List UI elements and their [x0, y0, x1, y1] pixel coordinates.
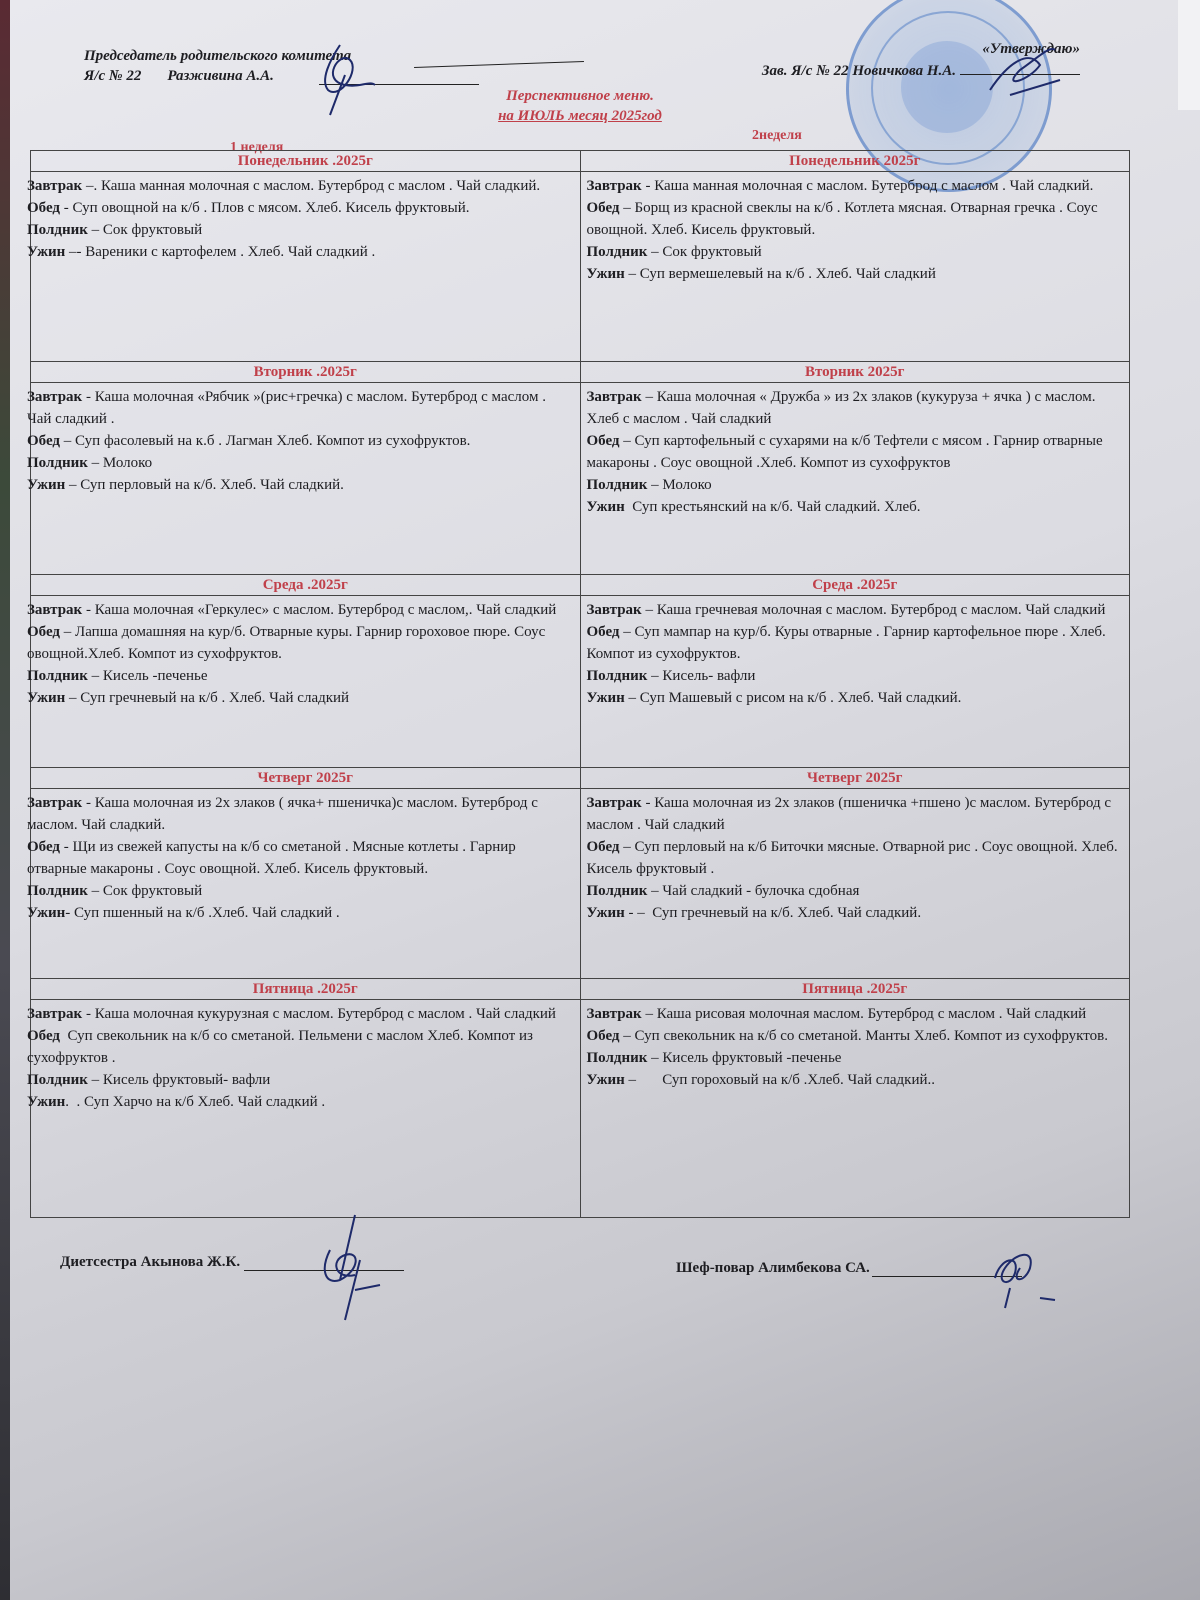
meal-name: Обед: [27, 624, 60, 640]
meal-separator: -: [65, 905, 74, 921]
meal-name: Обед: [27, 839, 60, 855]
meal-entry: Обед – Суп мампар на кур/б. Куры отварны…: [587, 621, 1124, 665]
meal-entry: Ужин – Суп гороховый на к/б .Хлеб. Чай с…: [587, 1069, 1124, 1091]
meal-entry: Полдник – Молоко: [587, 474, 1124, 496]
meal-separator: -: [82, 1006, 95, 1022]
meal-name: Обед: [587, 1028, 620, 1044]
day-cell-week2: Вторник 2025гЗавтрак – Каша молочная « Д…: [580, 362, 1130, 575]
meal-separator: -: [642, 795, 655, 811]
meal-entry: Завтрак - Каша молочная «Геркулес» с мас…: [27, 599, 574, 621]
meal-entry: Обед – Борщ из красной свеклы на к/б . К…: [587, 197, 1124, 241]
meal-entry: Ужин- Суп пшенный на к/б .Хлеб. Чай слад…: [27, 902, 574, 924]
meal-entry: Завтрак - Каша молочная из 2х злаков (пш…: [587, 792, 1124, 836]
meal-separator: -: [82, 602, 95, 618]
meal-dishes: Каша молочная «Геркулес» с маслом. Бутер…: [95, 602, 557, 618]
day-meals: Завтрак – Каша рисовая молочная маслом. …: [581, 1000, 1130, 1095]
meal-name: Обед: [587, 624, 620, 640]
meal-dishes: Кисель фруктовый- вафли: [103, 1072, 270, 1088]
meal-dishes: Каша молочная из 2х злаков (пшеничка +пш…: [587, 795, 1112, 833]
meal-separator: –: [620, 624, 635, 640]
meal-name: Завтрак: [587, 602, 642, 618]
meal-dishes: Суп Машевый с рисом на к/б . Хлеб. Чай с…: [640, 690, 962, 706]
day-cell-week1: Понедельник .2025гЗавтрак –. Каша манная…: [31, 151, 581, 362]
document-title: Перспективное меню. на ИЮЛЬ месяц 2025го…: [440, 86, 720, 126]
day-header: Пятница .2025г: [31, 979, 580, 1000]
meal-separator: –: [625, 266, 640, 282]
meal-separator: –: [65, 690, 80, 706]
meal-separator: –: [620, 200, 635, 216]
meal-dishes: Суп свекольник на к/б со сметаной. Манты…: [635, 1028, 1108, 1044]
meal-name: Полдник: [27, 883, 88, 899]
meal-name: Ужин: [27, 690, 65, 706]
meal-dishes: Суп овощной на к/б . Плов с мясом. Хлеб.…: [73, 200, 470, 216]
meal-dishes: Кисель фруктовый -печенье: [662, 1050, 841, 1066]
day-cell-week2: Понедельник 2025гЗавтрак - Каша манная м…: [580, 151, 1130, 362]
meal-entry: Ужин – Суп гречневый на к/б . Хлеб. Чай …: [27, 687, 574, 709]
meal-name: Обед: [587, 839, 620, 855]
day-cell-week1: Среда .2025гЗавтрак - Каша молочная «Гер…: [31, 575, 581, 768]
meal-name: Обед: [27, 1028, 60, 1044]
meal-separator: . .: [65, 1094, 84, 1110]
meal-dishes: Кисель- вафли: [662, 668, 755, 684]
meal-dishes: Сок фруктовый: [662, 244, 761, 260]
day-header: Пятница .2025г: [581, 979, 1130, 1000]
meal-dishes: Суп пшенный на к/б .Хлеб. Чай сладкий .: [74, 905, 340, 921]
meal-name: Обед: [587, 433, 620, 449]
meal-name: Обед: [27, 433, 60, 449]
meal-separator: –-: [65, 244, 85, 260]
day-meals: Завтрак - Каша молочная кукурузная с мас…: [27, 1000, 580, 1117]
signature-icon: [300, 1210, 400, 1330]
chef-signature-block: Шеф-повар Алимбекова СА.: [676, 1260, 1022, 1277]
meal-separator: –: [642, 1006, 657, 1022]
meal-separator: –: [647, 244, 662, 260]
meal-entry: Завтрак - Каша молочная из 2х злаков ( я…: [27, 792, 574, 836]
meal-name: Завтрак: [587, 795, 642, 811]
meal-separator: –: [620, 839, 635, 855]
meal-dishes: Каша манная молочная с маслом. Бутерброд…: [654, 178, 1093, 194]
meal-dishes: Суп фасолевый на к.б . Лагман Хлеб. Комп…: [75, 433, 470, 449]
committee-chair-name: Разживина А.А.: [167, 66, 274, 86]
meal-dishes: Суп перловый на к/б Биточки мясные. Отва…: [587, 839, 1118, 877]
day-cell-week2: Среда .2025гЗавтрак – Каша гречневая мол…: [580, 575, 1130, 768]
meal-dishes: Сок фруктовый: [103, 883, 202, 899]
meal-entry: Ужин - – Суп гречневый на к/б. Хлеб. Чай…: [587, 902, 1124, 924]
meal-separator: –: [647, 883, 662, 899]
meal-dishes: Каша молочная кукурузная с маслом. Бутер…: [95, 1006, 556, 1022]
meal-entry: Полдник – Кисель фруктовый -печенье: [587, 1047, 1124, 1069]
meal-entry: Обед - Щи из свежей капусты на к/б со см…: [27, 836, 574, 880]
photo-edge-right: [1178, 0, 1200, 110]
meal-separator: –.: [82, 178, 101, 194]
meal-separator: -: [60, 839, 73, 855]
meal-separator: –: [642, 602, 657, 618]
meal-dishes: Вареники с картофелем . Хлеб. Чай сладки…: [85, 244, 375, 260]
meal-dishes: Суп вермешелевый на к/б . Хлеб. Чай слад…: [640, 266, 936, 282]
meal-name: Полдник: [27, 222, 88, 238]
meal-entry: Полдник – Сок фруктовый: [27, 880, 574, 902]
meal-dishes: Кисель -печенье: [103, 668, 208, 684]
day-row: Вторник .2025гЗавтрак - Каша молочная «Р…: [31, 362, 1130, 575]
meal-entry: Полдник – Кисель- вафли: [587, 665, 1124, 687]
meal-entry: Ужин Суп крестьянский на к/б. Чай сладки…: [587, 496, 1124, 518]
meal-dishes: Каша гречневая молочная с маслом. Бутерб…: [657, 602, 1106, 618]
signature-icon: [980, 1238, 1060, 1318]
meal-name: Завтрак: [27, 602, 82, 618]
meal-name: Обед: [587, 200, 620, 216]
meal-separator: - –: [625, 905, 653, 921]
day-header: Среда .2025г: [31, 575, 580, 596]
meal-dishes: Суп свекольник на к/б со сметаной. Пельм…: [27, 1028, 533, 1066]
day-header: Вторник .2025г: [31, 362, 580, 383]
meal-name: Завтрак: [27, 1006, 82, 1022]
meal-separator: –: [625, 690, 640, 706]
meal-separator: –: [625, 1072, 663, 1088]
meal-dishes: Каша рисовая молочная маслом. Бутерброд …: [657, 1006, 1087, 1022]
day-meals: Завтрак - Каша манная молочная с маслом.…: [581, 172, 1130, 289]
meal-entry: Обед – Суп картофельный с сухарями на к/…: [587, 430, 1124, 474]
meal-dishes: Суп крестьянский на к/б. Чай сладкий. Хл…: [632, 499, 920, 515]
meal-name: Ужин: [27, 1094, 65, 1110]
meal-dishes: Суп гречневый на к/б . Хлеб. Чай сладкий: [80, 690, 349, 706]
meal-name: Завтрак: [587, 1006, 642, 1022]
meal-dishes: Суп гречневый на к/б. Хлеб. Чай сладкий.: [652, 905, 921, 921]
meal-entry: Обед Суп свекольник на к/б со сметаной. …: [27, 1025, 574, 1069]
meal-dishes: Чай сладкий - булочка сдобная: [662, 883, 859, 899]
meal-name: Полдник: [587, 477, 648, 493]
meal-name: Ужин: [27, 244, 65, 260]
meal-separator: –: [620, 433, 635, 449]
meal-entry: Завтрак – Каша гречневая молочная с масл…: [587, 599, 1124, 621]
day-cell-week1: Четверг 2025гЗавтрак - Каша молочная из …: [31, 768, 581, 979]
meal-dishes: Суп мампар на кур/б. Куры отварные . Гар…: [587, 624, 1106, 662]
day-header: Четверг 2025г: [31, 768, 580, 789]
meal-name: Завтрак: [27, 178, 82, 194]
meal-entry: Полдник – Кисель фруктовый- вафли: [27, 1069, 574, 1091]
meal-separator: [60, 1028, 68, 1044]
menu-table: Понедельник .2025гЗавтрак –. Каша манная…: [30, 150, 1130, 1218]
meal-entry: Ужин – Суп вермешелевый на к/б . Хлеб. Ч…: [587, 263, 1124, 285]
meal-separator: –: [60, 624, 75, 640]
meal-name: Ужин: [587, 266, 625, 282]
meal-separator: -: [82, 389, 95, 405]
meal-dishes: Лапша домашняя на кур/б. Отварные куры. …: [27, 624, 545, 662]
meal-dishes: Щи из свежей капусты на к/б со сметаной …: [27, 839, 516, 877]
meal-separator: –: [88, 883, 103, 899]
signature-line: [414, 61, 584, 68]
meal-separator: -: [60, 200, 73, 216]
head-of-kindergarten: Зав. Я/с № 22 Новичкова Н.А.: [762, 63, 956, 79]
meal-name: Полдник: [27, 668, 88, 684]
day-header: Среда .2025г: [581, 575, 1130, 596]
meal-dishes: Молоко: [662, 477, 711, 493]
meal-separator: -: [82, 795, 95, 811]
meal-name: Завтрак: [587, 389, 642, 405]
meal-entry: Полдник – Сок фруктовый: [587, 241, 1124, 263]
meal-dishes: Суп картофельный с сухарями на к/б Тефте…: [587, 433, 1103, 471]
meal-name: Ужин: [587, 1072, 625, 1088]
meal-separator: –: [88, 455, 103, 471]
title-line-1: Перспективное меню.: [440, 86, 720, 106]
kindergarten-number: Я/с № 22: [84, 66, 141, 86]
meal-separator: –: [88, 1072, 103, 1088]
meal-entry: Завтрак – Каша рисовая молочная маслом. …: [587, 1003, 1124, 1025]
meal-entry: Обед - Суп овощной на к/б . Плов с мясом…: [27, 197, 574, 219]
meal-entry: Обед – Суп перловый на к/б Биточки мясны…: [587, 836, 1124, 880]
meal-dishes: Каша молочная из 2х злаков ( ячка+ пшени…: [27, 795, 538, 833]
meal-entry: Обед – Суп свекольник на к/б со сметаной…: [587, 1025, 1124, 1047]
day-meals: Завтрак – Каша гречневая молочная с масл…: [581, 596, 1130, 713]
meal-entry: Ужин –- Вареники с картофелем . Хлеб. Ча…: [27, 241, 574, 263]
day-meals: Завтрак – Каша молочная « Дружба » из 2х…: [581, 383, 1130, 522]
meal-name: Полдник: [27, 455, 88, 471]
day-meals: Завтрак - Каша молочная из 2х злаков (пш…: [581, 789, 1130, 928]
day-cell-week2: Пятница .2025гЗавтрак – Каша рисовая мол…: [580, 979, 1130, 1218]
meal-entry: Полдник – Чай сладкий - булочка сдобная: [587, 880, 1124, 902]
meal-dishes: Сок фруктовый: [103, 222, 202, 238]
photo-edge-left: [0, 0, 10, 1600]
meal-entry: Завтрак - Каша молочная «Рябчик »(рис+гр…: [27, 386, 574, 430]
day-header: Вторник 2025г: [581, 362, 1130, 383]
meal-separator: –: [642, 389, 657, 405]
meal-dishes: Каша молочная «Рябчик »(рис+гречка) с ма…: [27, 389, 546, 427]
meal-entry: Ужин – Суп перловый на к/б. Хлеб. Чай сл…: [27, 474, 574, 496]
meal-separator: –: [65, 477, 80, 493]
meal-separator: –: [620, 1028, 635, 1044]
meal-name: Ужин: [587, 690, 625, 706]
meal-separator: –: [647, 1050, 662, 1066]
day-row: Понедельник .2025гЗавтрак –. Каша манная…: [31, 151, 1130, 362]
meal-entry: Ужин – Суп Машевый с рисом на к/б . Хлеб…: [587, 687, 1124, 709]
meal-entry: Ужин. . Суп Харчо на к/б Хлеб. Чай сладк…: [27, 1091, 574, 1113]
meal-name: Ужин: [587, 905, 625, 921]
meal-separator: –: [647, 668, 662, 684]
day-header: Понедельник .2025г: [31, 151, 580, 172]
day-meals: Завтрак - Каша молочная из 2х злаков ( я…: [27, 789, 580, 928]
signature-icon: [960, 40, 1070, 110]
meal-name: Полдник: [587, 883, 648, 899]
meal-name: Ужин: [27, 477, 65, 493]
dietitian-name: Диетсестра Акынова Ж.К.: [60, 1254, 240, 1270]
meal-dishes: Каша манная молочная с маслом. Бутерброд…: [101, 178, 540, 194]
day-row: Среда .2025гЗавтрак - Каша молочная «Гер…: [31, 575, 1130, 768]
chef-name: Шеф-повар Алимбекова СА.: [676, 1260, 870, 1276]
day-cell-week1: Пятница .2025гЗавтрак - Каша молочная ку…: [31, 979, 581, 1218]
meal-entry: Обед – Лапша домашняя на кур/б. Отварные…: [27, 621, 574, 665]
meal-entry: Полдник – Кисель -печенье: [27, 665, 574, 687]
meal-dishes: Суп гороховый на к/б .Хлеб. Чай сладкий.…: [662, 1072, 935, 1088]
meal-name: Полдник: [587, 668, 648, 684]
meal-dishes: Суп перловый на к/б. Хлеб. Чай сладкий.: [80, 477, 344, 493]
meal-separator: –: [88, 668, 103, 684]
meal-separator: –: [88, 222, 103, 238]
meal-dishes: Борщ из красной свеклы на к/б . Котлета …: [587, 200, 1098, 238]
meal-entry: Обед – Суп фасолевый на к.б . Лагман Хле…: [27, 430, 574, 452]
meal-dishes: Каша молочная « Дружба » из 2х злаков (к…: [587, 389, 1096, 427]
meal-dishes: Суп Харчо на к/б Хлеб. Чай сладкий .: [84, 1094, 325, 1110]
day-row: Пятница .2025гЗавтрак - Каша молочная ку…: [31, 979, 1130, 1218]
day-header: Четверг 2025г: [581, 768, 1130, 789]
meal-name: Завтрак: [27, 389, 82, 405]
meal-entry: Полдник – Молоко: [27, 452, 574, 474]
meal-entry: Полдник – Сок фруктовый: [27, 219, 574, 241]
meal-name: Ужин: [27, 905, 65, 921]
meal-separator: -: [642, 178, 655, 194]
day-cell-week1: Вторник .2025гЗавтрак - Каша молочная «Р…: [31, 362, 581, 575]
meal-name: Завтрак: [587, 178, 642, 194]
day-row: Четверг 2025гЗавтрак - Каша молочная из …: [31, 768, 1130, 979]
meal-entry: Завтрак - Каша манная молочная с маслом.…: [587, 175, 1124, 197]
day-meals: Завтрак –. Каша манная молочная с маслом…: [27, 172, 580, 267]
meal-name: Ужин: [587, 499, 625, 515]
meal-entry: Завтрак - Каша молочная кукурузная с мас…: [27, 1003, 574, 1025]
meal-dishes: Молоко: [103, 455, 152, 471]
week-2-label: 2неделя: [752, 128, 802, 144]
meal-name: Завтрак: [27, 795, 82, 811]
meal-name: Обед: [27, 200, 60, 216]
meal-entry: Завтрак –. Каша манная молочная с маслом…: [27, 175, 574, 197]
day-meals: Завтрак - Каша молочная «Геркулес» с мас…: [27, 596, 580, 713]
day-meals: Завтрак - Каша молочная «Рябчик »(рис+гр…: [27, 383, 580, 500]
day-header: Понедельник 2025г: [581, 151, 1130, 172]
meal-separator: –: [647, 477, 662, 493]
title-line-2: на ИЮЛЬ месяц 2025год: [440, 106, 720, 126]
meal-name: Полдник: [587, 1050, 648, 1066]
meal-entry: Завтрак – Каша молочная « Дружба » из 2х…: [587, 386, 1124, 430]
meal-name: Полдник: [27, 1072, 88, 1088]
signature-icon: [300, 40, 390, 120]
meal-separator: –: [60, 433, 75, 449]
day-cell-week2: Четверг 2025гЗавтрак - Каша молочная из …: [580, 768, 1130, 979]
meal-name: Полдник: [587, 244, 648, 260]
